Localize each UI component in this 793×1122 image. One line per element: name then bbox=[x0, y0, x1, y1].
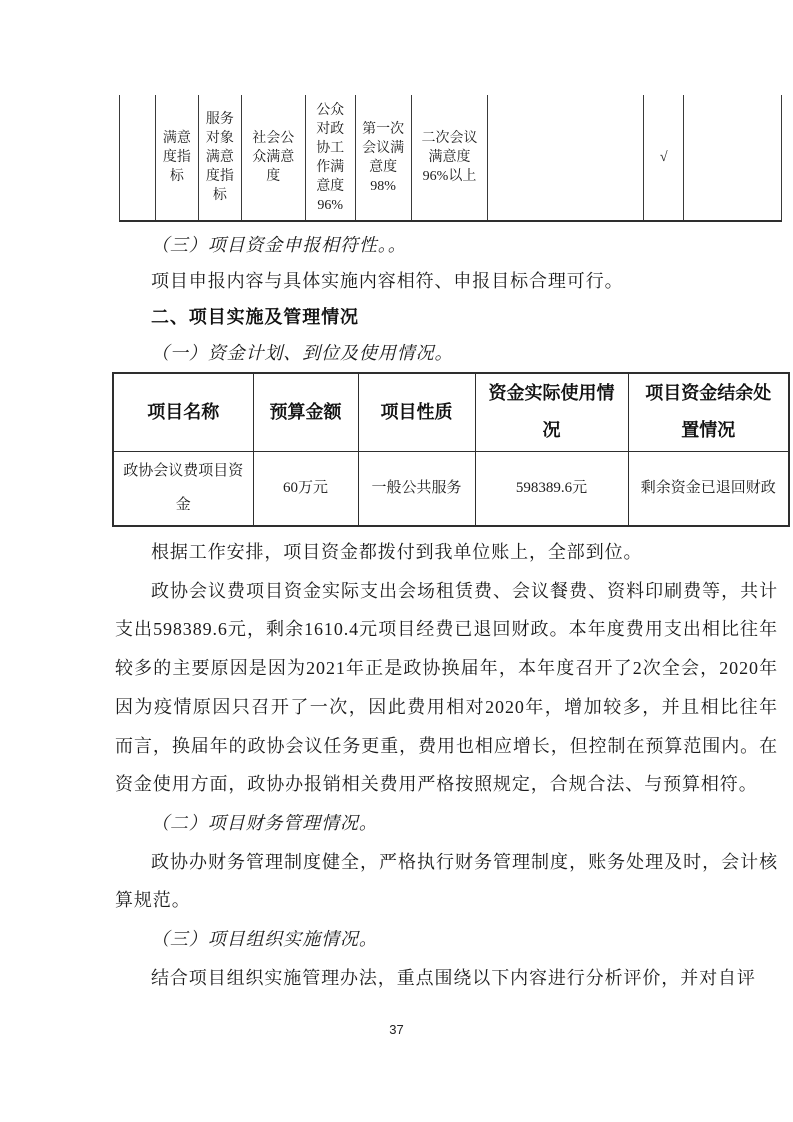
heading-implementation: 二、项目实施及管理情况 bbox=[115, 299, 778, 335]
satisfaction-indicator-table: 满意度指标 服务对象满意度指标 社会公众满意度 公众对政协工作满意度96% 第一… bbox=[119, 95, 782, 222]
paragraph-capital-match-title: （三）项目资金申报相符性。。 bbox=[115, 227, 778, 263]
paragraph-fund-plan-title: （一）资金计划、到位及使用情况。 bbox=[115, 335, 778, 371]
table-cell-cppcc-work-satisfaction: 公众对政协工作满意度96% bbox=[306, 95, 356, 220]
cell-surplus-disposal: 剩余资金已退回财政 bbox=[628, 451, 789, 526]
cell-actual-fund-usage: 598389.6元 bbox=[475, 451, 628, 526]
section-capital-match: （三）项目资金申报相符性。。 项目申报内容与具体实施内容相符、申报目标合理可行。… bbox=[115, 227, 778, 371]
paragraph-fund-allocated: 根据工作安排，项目资金都拨付到我单位账上，全部到位。 bbox=[115, 533, 778, 572]
header-actual-fund-usage: 资金实际使用情况 bbox=[475, 373, 628, 451]
header-budget-amount: 预算金额 bbox=[253, 373, 358, 451]
section-implementation-body: 根据工作安排，项目资金都拨付到我单位账上，全部到位。 政协会议费项目资金实际支出… bbox=[115, 533, 778, 997]
table-cell-first-meeting-satisfaction: 第一次会议满意度98% bbox=[356, 95, 412, 220]
paragraph-finance-mgmt-title: （二）项目财务管理情况。 bbox=[115, 804, 778, 843]
paragraph-finance-mgmt-body: 政协办财务管理制度健全，严格执行财务管理制度，账务处理及时，会计核算规范。 bbox=[115, 843, 778, 920]
table-cell-empty-wide bbox=[488, 95, 644, 220]
table-cell-satisfaction-indicator: 满意度指标 bbox=[156, 95, 199, 220]
table-cell-second-meeting-satisfaction: 二次会议满意度96%以上 bbox=[412, 95, 489, 220]
paragraph-expense-detail: 政协会议费项目资金实际支出会场租赁费、会议餐费、资料印刷费等，共计支出59838… bbox=[115, 572, 778, 804]
fund-usage-table: 项目名称 预算金额 项目性质 资金实际使用情况 项目资金结余处置情况 政协会议费… bbox=[112, 372, 790, 527]
cell-project-nature: 一般公共服务 bbox=[358, 451, 475, 526]
fund-usage-table-header-row: 项目名称 预算金额 项目性质 资金实际使用情况 项目资金结余处置情况 bbox=[113, 373, 789, 451]
table-cell-empty-right bbox=[684, 95, 782, 220]
table-cell-empty-left bbox=[120, 95, 156, 220]
header-surplus-disposal: 项目资金结余处置情况 bbox=[628, 373, 789, 451]
header-project-name: 项目名称 bbox=[113, 373, 253, 451]
cell-budget-amount: 60万元 bbox=[253, 451, 358, 526]
table-cell-service-target-indicator: 服务对象满意度指标 bbox=[199, 95, 242, 220]
paragraph-org-impl-body: 结合项目组织实施管理办法，重点围绕以下内容进行分析评价，并对自评 bbox=[115, 959, 778, 998]
paragraph-capital-match-body: 项目申报内容与具体实施内容相符、申报目标合理可行。 bbox=[115, 263, 778, 299]
fund-usage-table-data-row: 政协会议费项目资金 60万元 一般公共服务 598389.6元 剩余资金已退回财… bbox=[113, 451, 789, 526]
page-number: 37 bbox=[0, 1022, 793, 1037]
paragraph-org-impl-title: （三）项目组织实施情况。 bbox=[115, 920, 778, 959]
checkmark-cell: √ bbox=[644, 95, 684, 220]
header-project-nature: 项目性质 bbox=[358, 373, 475, 451]
cell-project-name: 政协会议费项目资金 bbox=[113, 451, 253, 526]
table-cell-public-satisfaction: 社会公众满意度 bbox=[242, 95, 306, 220]
document-page: 满意度指标 服务对象满意度指标 社会公众满意度 公众对政协工作满意度96% 第一… bbox=[0, 0, 793, 1122]
